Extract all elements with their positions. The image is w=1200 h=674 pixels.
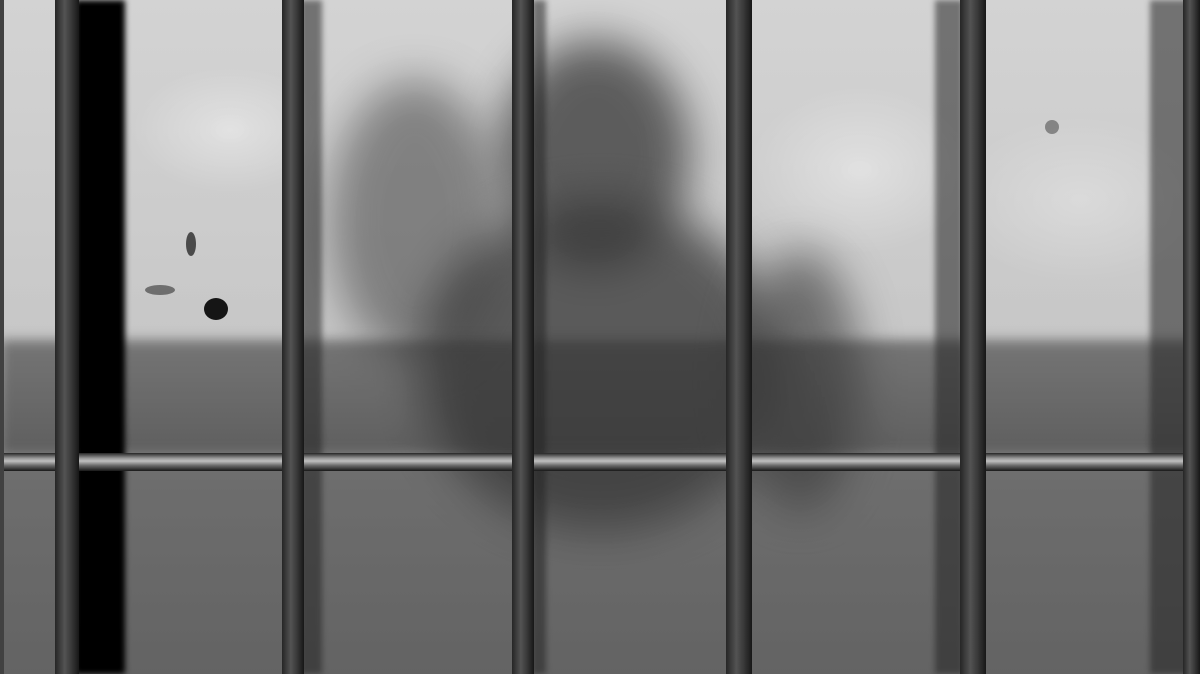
bar-shadow <box>935 0 963 674</box>
stain <box>145 285 175 295</box>
left-frame-edge <box>0 0 4 674</box>
lower-wall <box>0 470 1200 674</box>
vertical-bar <box>960 0 986 674</box>
vertical-bar <box>55 0 79 674</box>
stain <box>186 232 196 256</box>
vertical-bar <box>282 0 304 674</box>
horizontal-crossbar <box>0 453 1200 471</box>
vertical-bar <box>512 0 534 674</box>
bar-shadow <box>532 0 546 674</box>
stain <box>1045 120 1059 134</box>
prison-bars-photo <box>0 0 1200 674</box>
horizontal-shadow-band <box>0 340 1200 455</box>
vertical-bar <box>726 0 752 674</box>
shadow-arm <box>330 80 500 360</box>
vertical-bar <box>1183 0 1200 674</box>
bar-shadow <box>75 0 125 674</box>
stain <box>204 298 228 320</box>
